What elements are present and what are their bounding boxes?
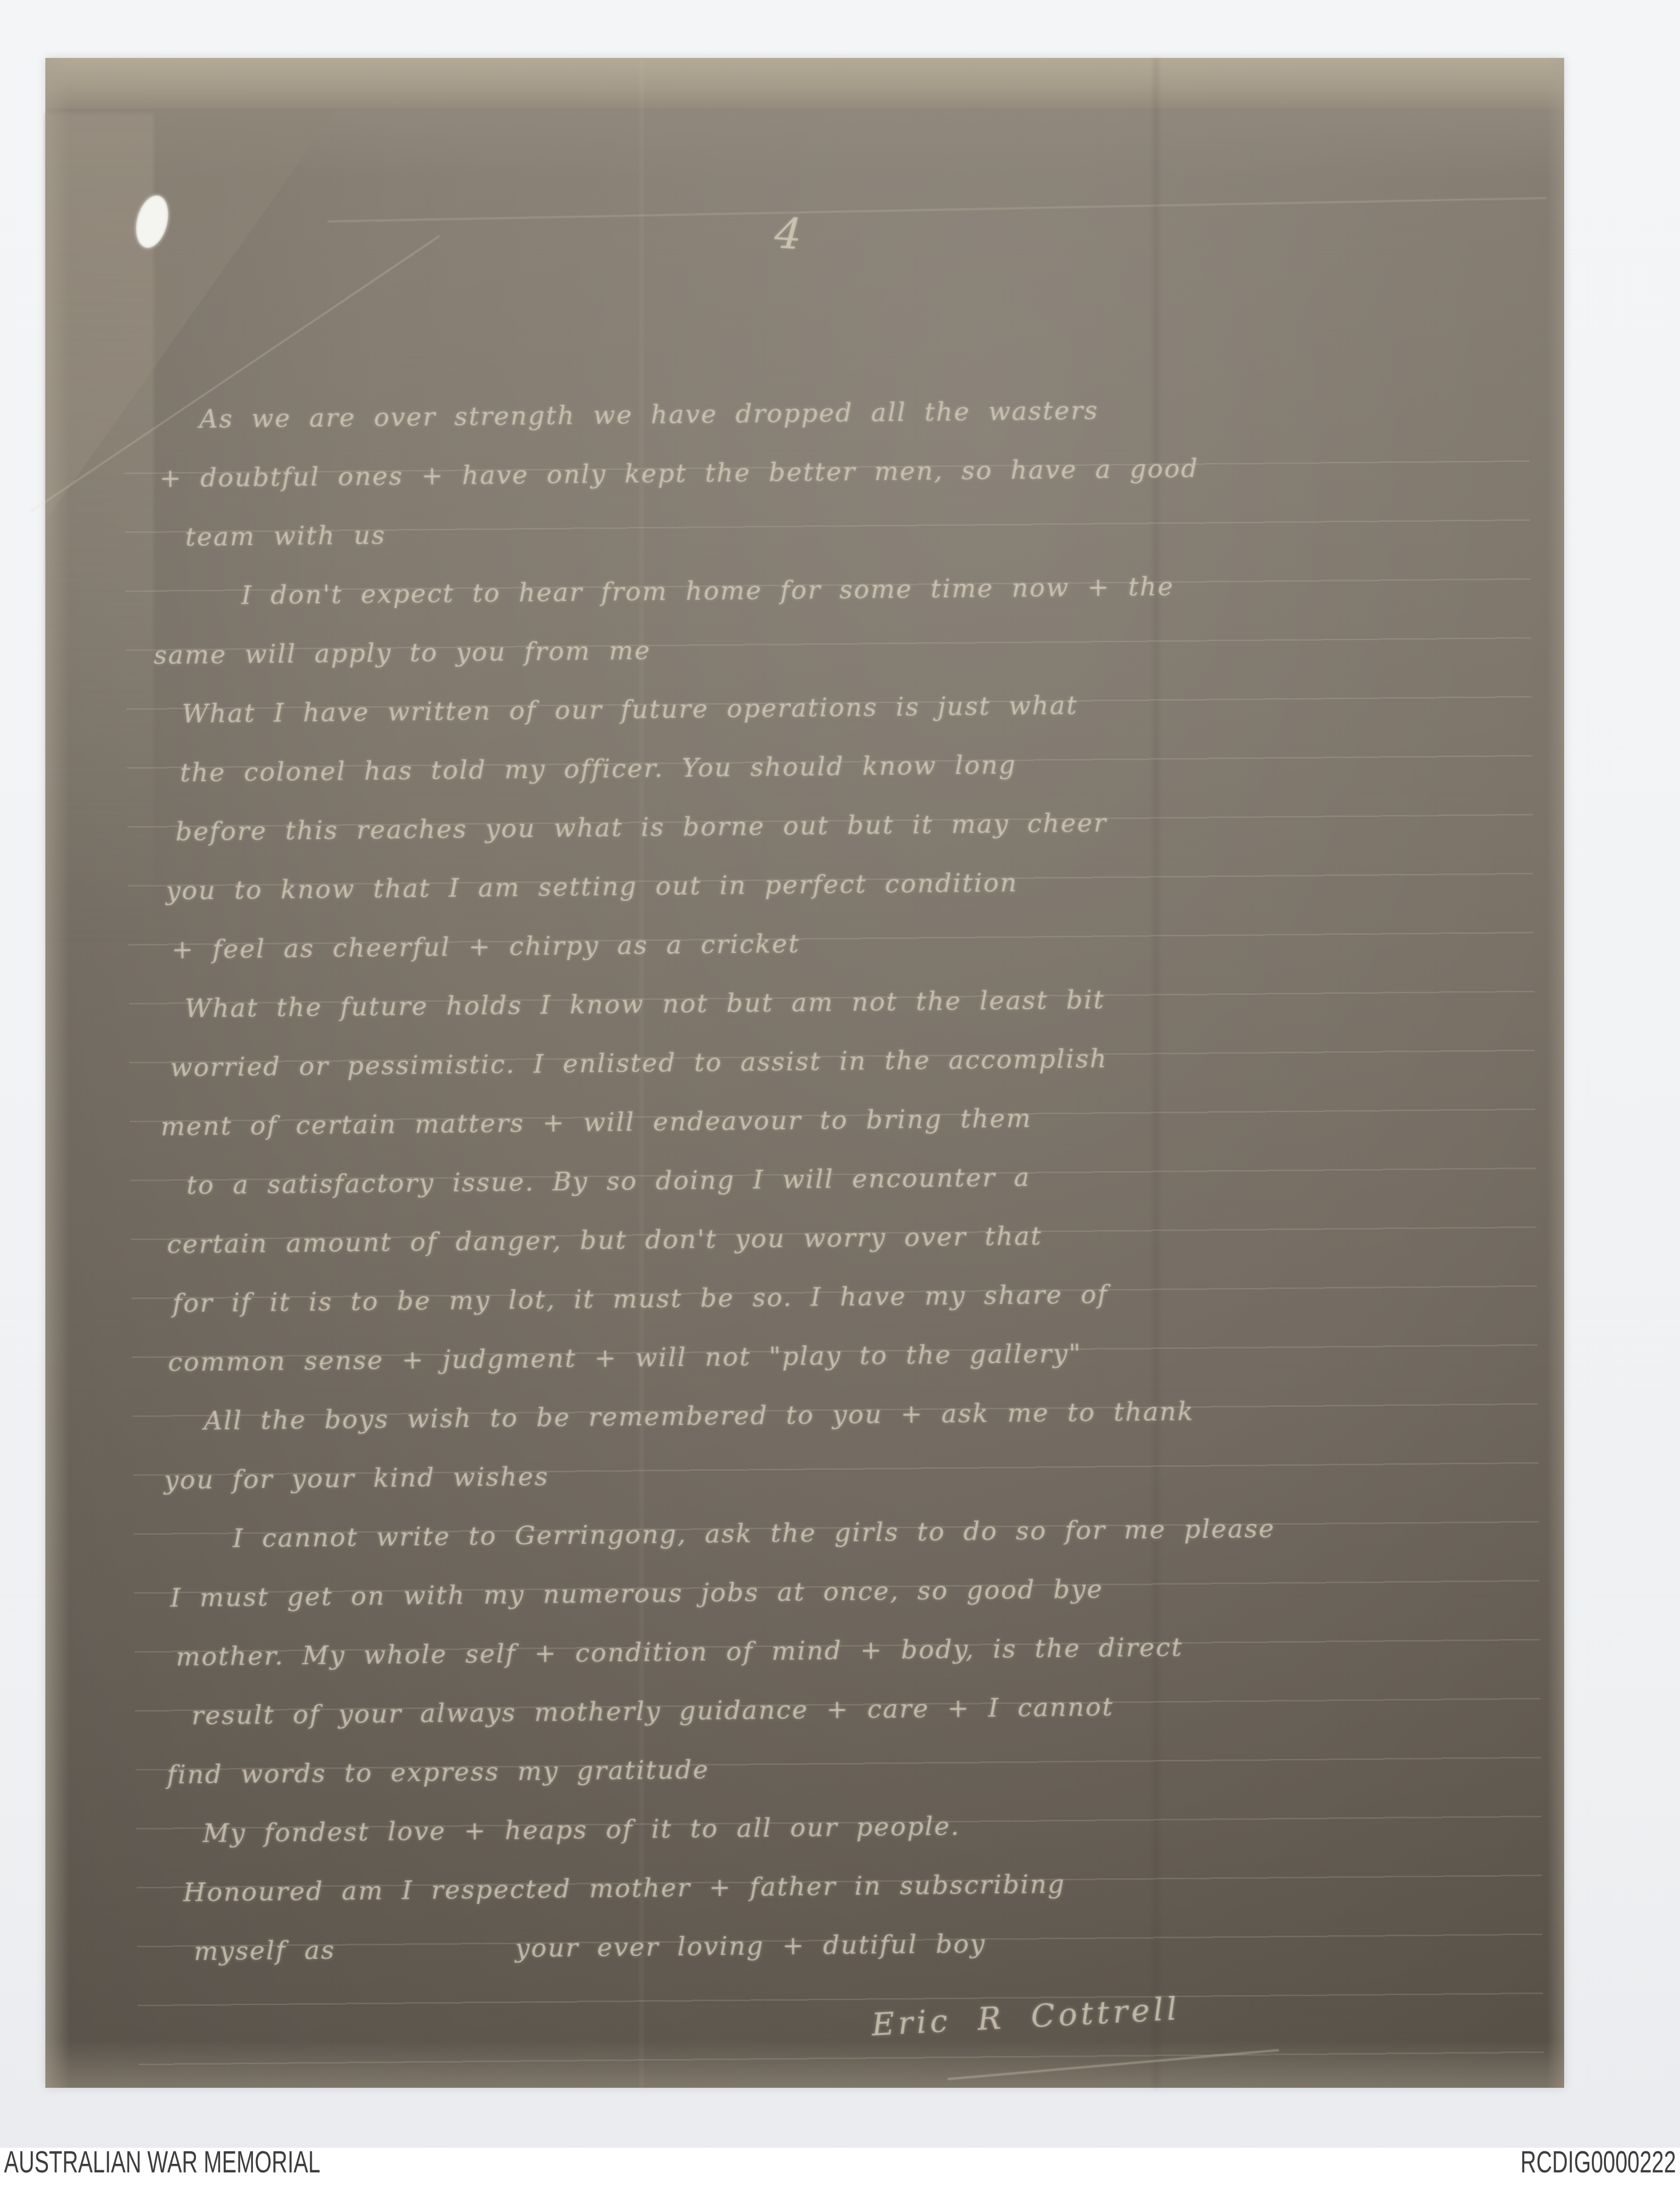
scanned-page: 4 As we are over strength we have droppe… — [0, 0, 1680, 2185]
top-ruled-line — [327, 197, 1547, 222]
footer-bar: AUSTRALIAN WAR MEMORIAL RCDIG0000222 — [0, 2148, 1680, 2185]
reference-label: RCDIG0000222 — [1520, 2144, 1676, 2180]
photo-top-edge — [45, 58, 1564, 109]
page-number: 4 — [773, 208, 803, 259]
archive-label: AUSTRALIAN WAR MEMORIAL — [4, 2144, 320, 2180]
photo-print: 4 As we are over strength we have droppe… — [45, 58, 1564, 2088]
photo-left-edge — [45, 58, 70, 2088]
letter-body: As we are over strength we have dropped … — [151, 377, 1587, 1982]
